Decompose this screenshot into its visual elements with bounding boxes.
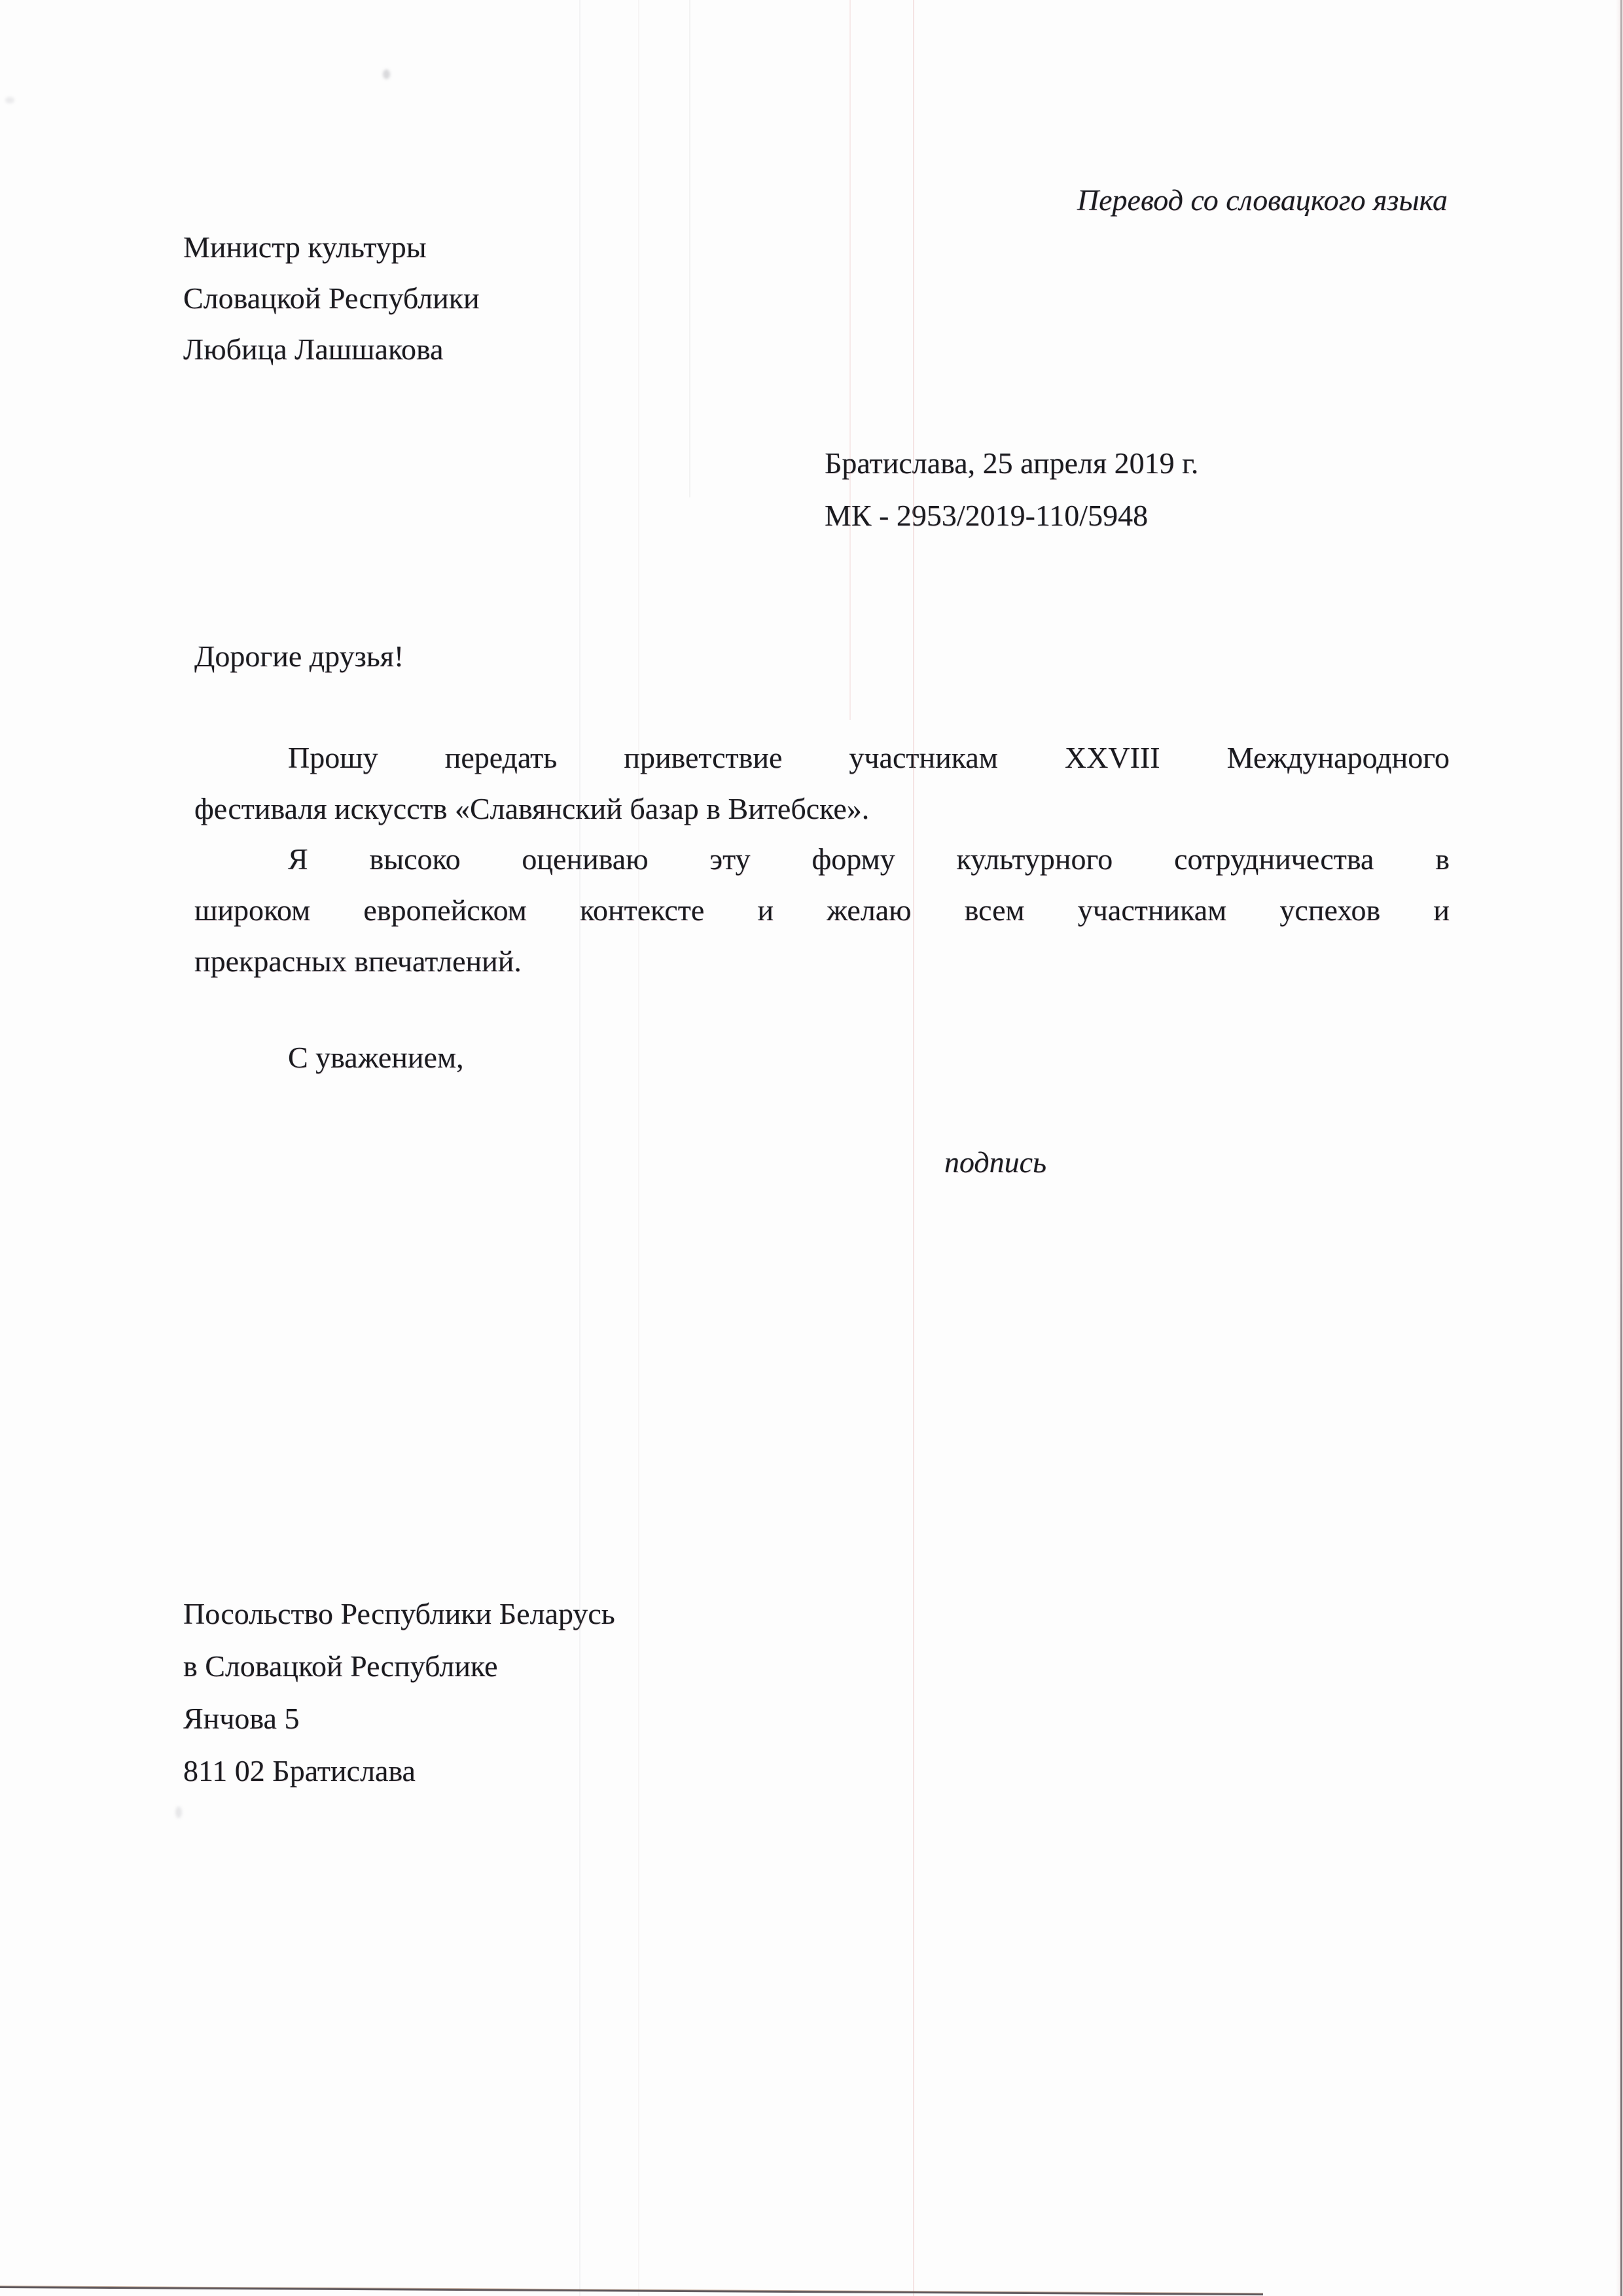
salutation: Дорогие друзья! (194, 631, 404, 682)
translation-note: Перевод со словацкого языка (785, 175, 1448, 226)
place-date-line: Братислава, 25 апреля 2019 г. (825, 437, 1198, 490)
recipient-line-street: Янчова 5 (183, 1693, 615, 1745)
sender-block: Министр культуры Словацкой Республики Лю… (183, 222, 480, 375)
body-paragraph-1: Прошу передать приветствие участникам XX… (194, 732, 1450, 834)
recipient-line-embassy: Посольство Республики Беларусь (183, 1588, 615, 1640)
scan-bottom-edge (0, 2286, 1263, 2295)
signature-note: подпись (944, 1137, 1046, 1188)
paragraph-line: Я высоко оцениваю эту форму культурного … (194, 834, 1450, 885)
reference-number-line: МК - 2953/2019-110/5948 (825, 490, 1198, 542)
scan-streak (579, 0, 580, 2296)
scan-smudge (383, 69, 390, 79)
sender-line-country: Словацкой Республики (183, 273, 480, 324)
scan-right-edge-strip (1616, 0, 1623, 2296)
sender-line-name: Любица Лашшакова (183, 324, 480, 375)
scan-streak (849, 0, 851, 720)
scanned-letter-page: Перевод со словацкого языка Министр куль… (0, 0, 1623, 2296)
date-reference-block: Братислава, 25 апреля 2019 г. МК - 2953/… (825, 437, 1198, 542)
recipient-block: Посольство Республики Беларусь в Словацк… (183, 1588, 615, 1797)
paragraph-line: прекрасных впечатлений. (194, 936, 1450, 987)
scan-smudge (5, 97, 14, 103)
recipient-line-city: 811 02 Братислава (183, 1745, 615, 1797)
closing: С уважением, (288, 1032, 464, 1083)
body-paragraph-2: Я высоко оцениваю эту форму культурного … (194, 834, 1450, 987)
scan-streak (689, 0, 690, 497)
sender-line-title: Министр культуры (183, 222, 480, 273)
scan-right-edge-line (1620, 0, 1622, 2296)
scan-streak (913, 0, 914, 2296)
recipient-line-country: в Словацкой Республике (183, 1640, 615, 1693)
paragraph-line: Прошу передать приветствие участникам XX… (194, 732, 1450, 783)
scan-streak (638, 0, 639, 2296)
paragraph-line: широком европейском контексте и желаю вс… (194, 885, 1450, 936)
paragraph-line: фестиваля искусств «Славянский базар в В… (194, 783, 1450, 834)
scan-smudge (175, 1806, 182, 1818)
